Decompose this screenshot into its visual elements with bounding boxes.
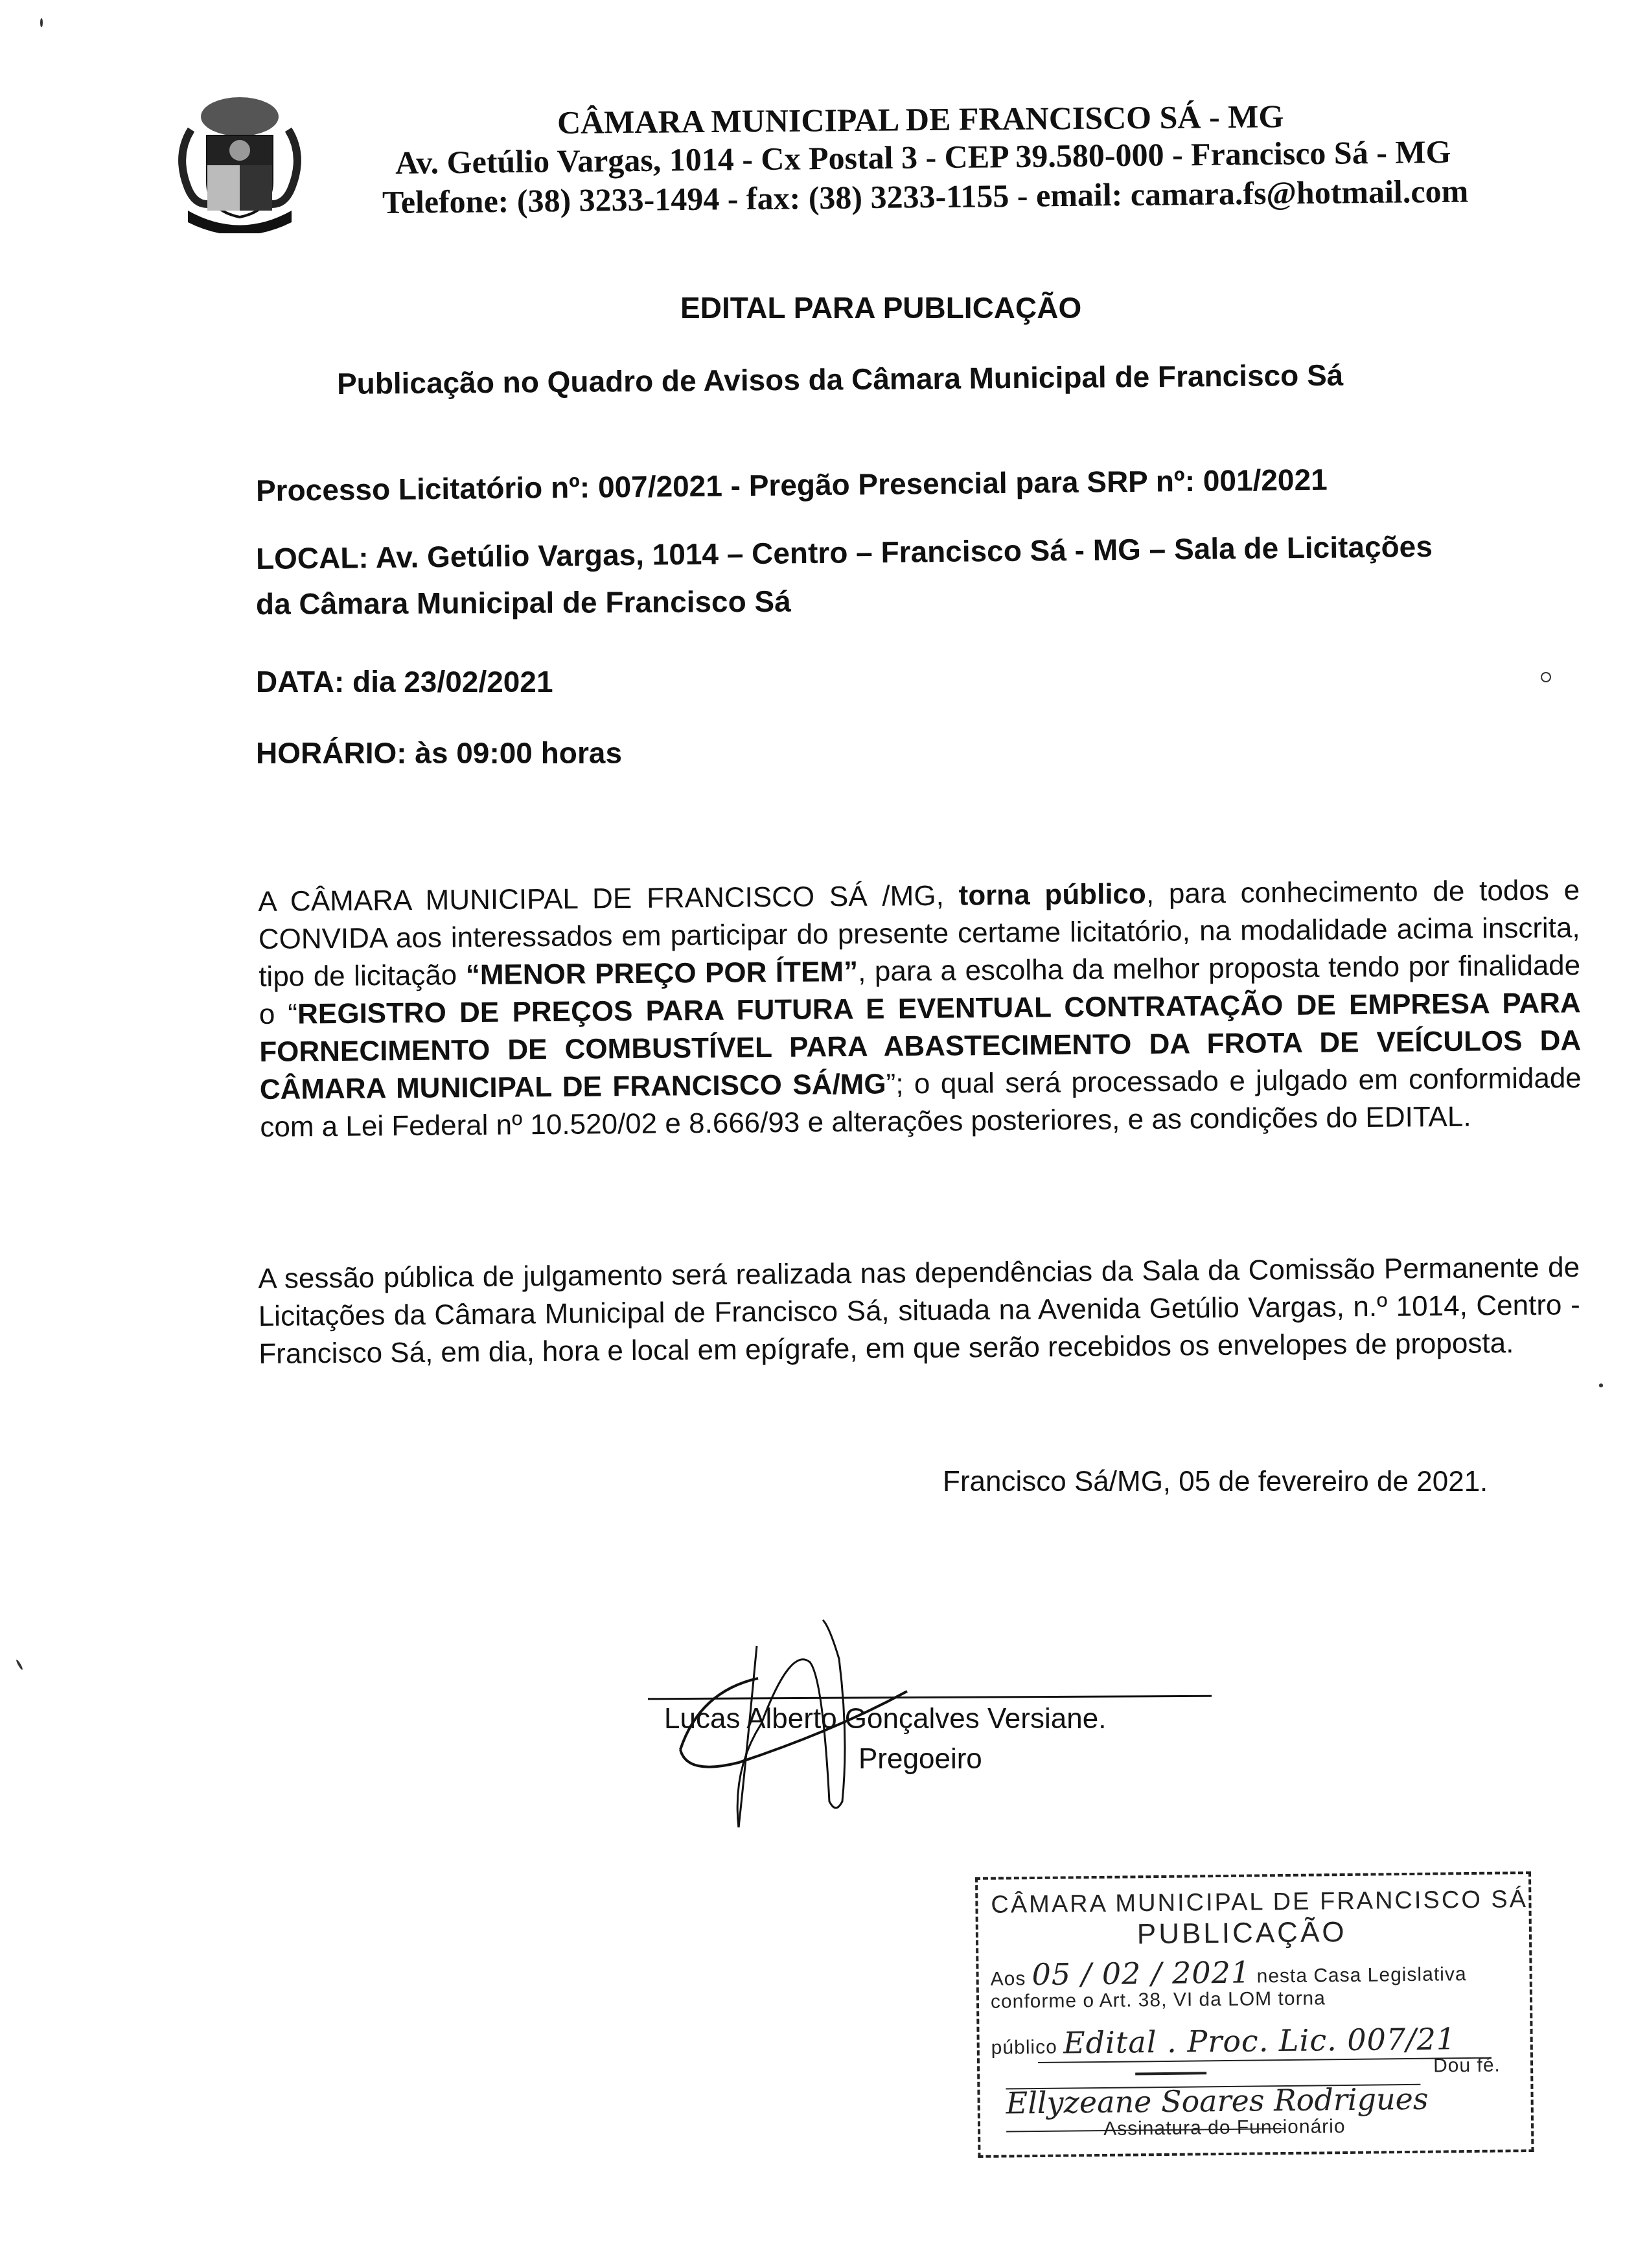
stamp-date-line: Aos 05 / 02 / 2021 nesta Casa Legislativ…: [990, 1952, 1466, 1993]
institution-name: CÂMARA MUNICIPAL DE FRANCISCO SÁ - MG: [557, 97, 1284, 141]
stamp-handwritten-item: Edital . Proc. Lic. 007/21: [1063, 2021, 1457, 2060]
session-paragraph: A sessão pública de julgamento será real…: [258, 1249, 1580, 1373]
stamp-dou-fe: Dou fé.: [1433, 2055, 1501, 2077]
publication-stamp: CÂMARA MUNICIPAL DE FRANCISCO SÁ PUBLICA…: [975, 1871, 1534, 2158]
process-number: Processo Licitatório nº: 007/2021 - Preg…: [256, 462, 1328, 508]
announcement-paragraph: A CÂMARA MUNICIPAL DE FRANCISCO SÁ /MG, …: [258, 872, 1582, 1146]
scan-speck: [40, 18, 43, 27]
stamp-handwritten-date: 05 / 02 / 2021: [1031, 1955, 1250, 1993]
stamp-header: CÂMARA MUNICIPAL DE FRANCISCO SÁ: [991, 1886, 1528, 1919]
session-time: HORÁRIO: às 09:00 horas: [256, 735, 622, 770]
scan-speck: [1541, 672, 1551, 682]
scan-speck: [1599, 1383, 1603, 1387]
emphasis-text: torna público: [958, 878, 1146, 912]
municipal-coat-of-arms-icon: [172, 91, 308, 233]
stamp-line-rest: nesta Casa Legislativa: [1256, 1963, 1466, 1987]
stamp-aos-label: Aos: [990, 1968, 1026, 1990]
place-and-date: Francisco Sá/MG, 05 de fevereiro de 2021…: [943, 1466, 1488, 1498]
stamp-signature-label: Assinatura do Funcionário: [1103, 2116, 1346, 2140]
stamp-dash: [1135, 2072, 1206, 2075]
signer-role: Pregoeiro: [858, 1743, 982, 1776]
stamp-handwritten-signature: Ellyzeane Soares Rodrigues: [1006, 2081, 1428, 2121]
location-line-1: LOCAL: Av. Getúlio Vargas, 1014 – Centro…: [256, 529, 1433, 576]
paragraph-text: A CÂMARA MUNICIPAL DE FRANCISCO SÁ /MG,: [258, 880, 959, 918]
document-subtitle: Publicação no Quadro de Avisos da Câmara…: [337, 357, 1344, 401]
stamp-publico-label: público: [991, 2037, 1057, 2059]
stamp-publico-line: público Edital . Proc. Lic. 007/21: [991, 2021, 1456, 2061]
signer-name: Lucas Alberto Gonçalves Versiane.: [664, 1703, 1106, 1735]
session-date: DATA: dia 23/02/2021: [256, 664, 553, 699]
stamp-legal-basis: conforme o Art. 38, VI da LOM torna: [991, 1987, 1326, 2013]
document-title: EDITAL PARA PUBLICAÇÃO: [680, 290, 1081, 325]
location-line-2: da Câmara Municipal de Francisco Sá: [256, 584, 791, 621]
bid-type-text: “MENOR PREÇO POR ÍTEM”: [466, 956, 858, 991]
stamp-title: PUBLICAÇÃO: [1137, 1916, 1347, 1950]
scan-speck: [16, 1659, 23, 1671]
